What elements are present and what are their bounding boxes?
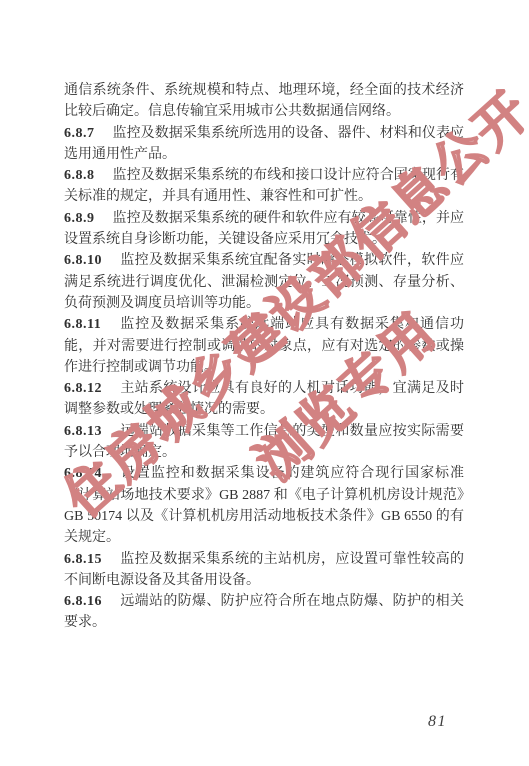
- clause-number: 6.8.7: [64, 126, 95, 141]
- clause-paragraph: 6.8.11监控及数据采集系统远端站应具有数据采集和通信功能，并对需要进行控制或…: [64, 314, 464, 378]
- clause-text: 主站系统设计应具有良好的人机对话功能，宜满足及时调整参数或处理紧急情况的需要。: [64, 381, 464, 417]
- clause-paragraph: 6.8.15监控及数据采集系统的主站机房，应设置可靠性较高的不间断电源设备及其备…: [64, 549, 464, 592]
- clause-text: 监控及数据采集系统的布线和接口设计应符合国家现行有关标准的规定，并具有通用性、兼…: [64, 168, 464, 204]
- clause-number: 6.8.9: [64, 211, 95, 226]
- clause-text: 监控及数据采集系统远端站应具有数据采集和通信功能，并对需要进行控制或调节的对象点…: [64, 317, 464, 375]
- clause-paragraph: 6.8.10监控及数据采集系统宜配备实时瞬态模拟软件，软件应满足系统进行调度优化…: [64, 250, 464, 314]
- clause-text: 远端站数据采集等工作信息的类型和数量应按实际需要予以合理地确定。: [64, 424, 464, 460]
- clause-paragraph: 6.8.9监控及数据采集系统的硬件和软件应有较高可靠性，并应设置系统自身诊断功能…: [64, 208, 464, 251]
- continuation-paragraph: 通信系统条件、系统规模和特点、地理环境，经全面的技术经济比较后确定。信息传输宜采…: [64, 80, 464, 123]
- clause-number: 6.8.16: [64, 594, 102, 609]
- clause-paragraph: 6.8.16远端站的防爆、防护应符合所在地点防爆、防护的相关要求。: [64, 591, 464, 634]
- page-number: 81: [428, 713, 447, 731]
- clause-number: 6.8.14: [64, 466, 102, 481]
- clause-number: 6.8.8: [64, 168, 95, 183]
- clause-paragraph: 6.8.14设置监控和数据采集设备的建筑应符合现行国家标准《计算站场地技术要求》…: [64, 463, 464, 548]
- clause-text: 监控及数据采集系统的硬件和软件应有较高可靠性，并应设置系统自身诊断功能，关键设备…: [64, 211, 464, 247]
- clause-text: 监控及数据采集系统的主站机房，应设置可靠性较高的不间断电源设备及其备用设备。: [64, 552, 464, 588]
- clause-text: 设置监控和数据采集设备的建筑应符合现行国家标准《计算站场地技术要求》GB 288…: [64, 466, 464, 545]
- clause-number: 6.8.15: [64, 552, 102, 567]
- clause-number: 6.8.12: [64, 381, 102, 396]
- clause-paragraph: 6.8.8监控及数据采集系统的布线和接口设计应符合国家现行有关标准的规定，并具有…: [64, 165, 464, 208]
- document-page: 通信系统条件、系统规模和特点、地理环境，经全面的技术经济比较后确定。信息传输宜采…: [0, 0, 529, 766]
- clause-text: 远端站的防爆、防护应符合所在地点防爆、防护的相关要求。: [64, 594, 464, 630]
- page-body: 通信系统条件、系统规模和特点、地理环境，经全面的技术经济比较后确定。信息传输宜采…: [64, 80, 464, 634]
- clause-paragraph: 6.8.7监控及数据采集系统所选用的设备、器件、材料和仪表应选用通用性产品。: [64, 123, 464, 166]
- clause-text: 监控及数据采集系统所选用的设备、器件、材料和仪表应选用通用性产品。: [64, 126, 464, 162]
- clause-paragraph: 6.8.12主站系统设计应具有良好的人机对话功能，宜满足及时调整参数或处理紧急情…: [64, 378, 464, 421]
- clause-paragraph: 6.8.13远端站数据采集等工作信息的类型和数量应按实际需要予以合理地确定。: [64, 421, 464, 464]
- clause-list: 6.8.7监控及数据采集系统所选用的设备、器件、材料和仪表应选用通用性产品。6.…: [64, 123, 464, 634]
- clause-number: 6.8.10: [64, 253, 102, 268]
- clause-number: 6.8.13: [64, 424, 102, 439]
- clause-number: 6.8.11: [64, 317, 101, 332]
- clause-text: 监控及数据采集系统宜配备实时瞬态模拟软件，软件应满足系统进行调度优化、泄漏检测定…: [64, 253, 464, 311]
